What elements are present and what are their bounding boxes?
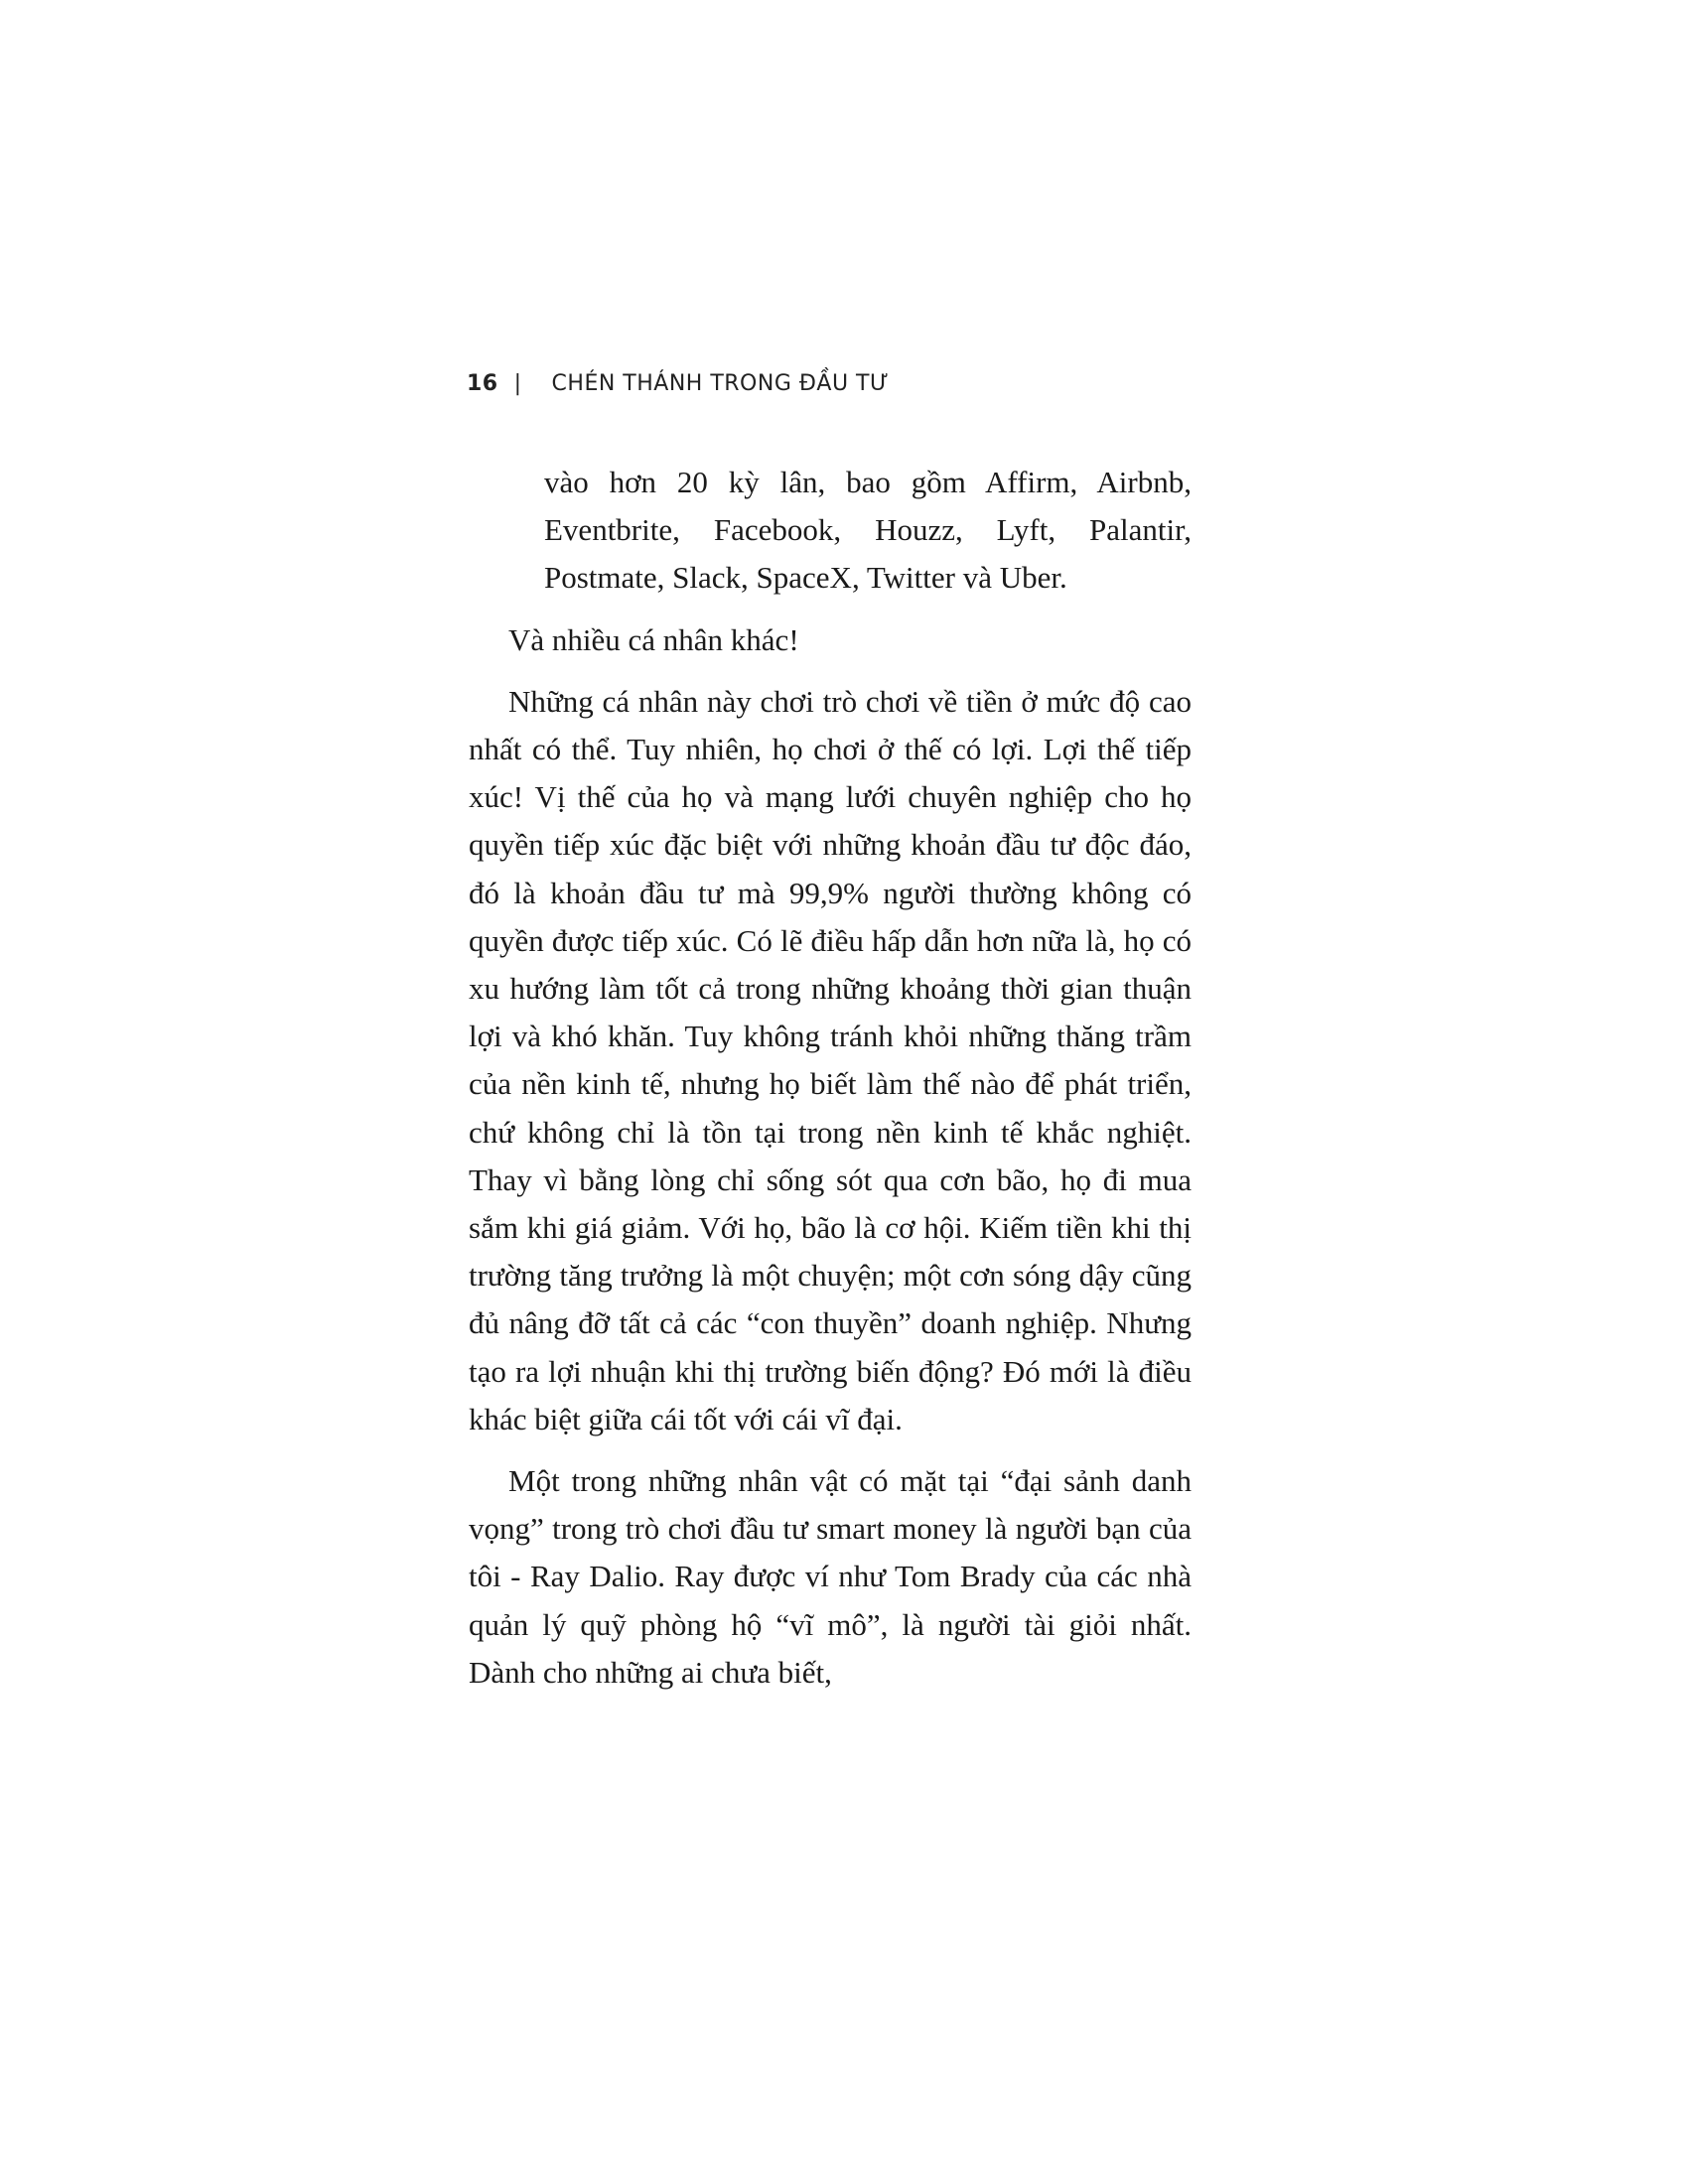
running-title: CHÉN THÁNH TRONG ĐẦU TƯ xyxy=(552,371,890,396)
page-header: 16 | CHÉN THÁNH TRONG ĐẦU TƯ xyxy=(467,371,889,396)
paragraph-access-advantage: Những cá nhân này chơi trò chơi về tiền … xyxy=(469,678,1192,1443)
header-separator: | xyxy=(514,371,522,396)
page-number: 16 xyxy=(467,371,498,396)
paragraph-unicorn-list: vào hơn 20 kỳ lân, bao gồm Affirm, Airbn… xyxy=(469,459,1192,603)
paragraph-ray-dalio: Một trong những nhân vật có mặt tại “đại… xyxy=(469,1457,1192,1697)
paragraph-many-others: Và nhiều cá nhân khác! xyxy=(469,616,1192,664)
body-text: vào hơn 20 kỳ lân, bao gồm Affirm, Airbn… xyxy=(469,459,1192,1697)
